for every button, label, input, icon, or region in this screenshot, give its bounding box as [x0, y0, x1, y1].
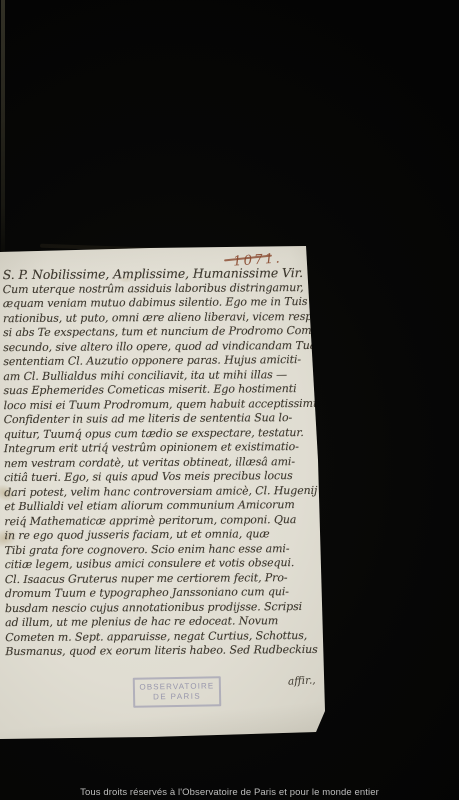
stamp-line-2: DE PARIS: [153, 692, 201, 703]
copyright-caption: Tous droits réservés à l'Observatoire de…: [0, 787, 459, 798]
book-fore-edge: [1, 0, 5, 256]
observatoire-de-paris-stamp: OBSERVATOIRE DE PARIS: [133, 676, 222, 708]
scan-viewport: 1071. S. P. Nobilissime, Amplissime, Hum…: [0, 0, 459, 800]
letter-body-handwriting: S. P. Nobilissime, Amplissime, Humanissi…: [3, 266, 324, 660]
catchword-annotation: affir.,: [288, 674, 316, 687]
stamp-line-1: OBSERVATOIRE: [139, 681, 214, 692]
manuscript-page: 1071. S. P. Nobilissime, Amplissime, Hum…: [0, 243, 330, 743]
